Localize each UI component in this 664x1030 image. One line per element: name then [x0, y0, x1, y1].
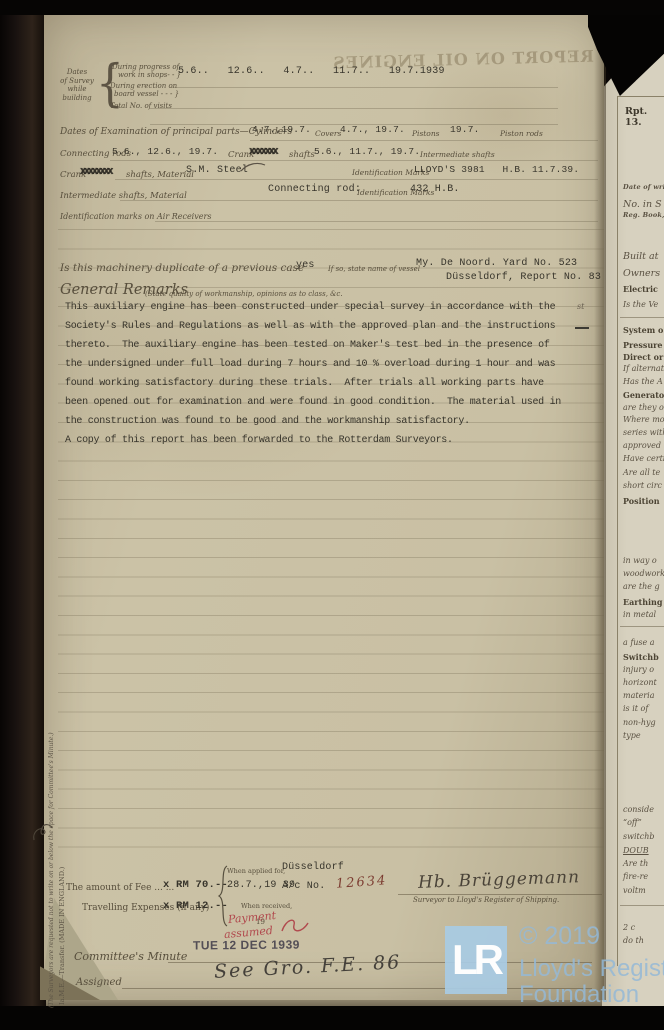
group-label-line: Dates — [67, 68, 87, 76]
watermark-name2: Foundation — [519, 981, 639, 1009]
right-page-box-left-rule — [617, 96, 618, 966]
connecting-rods-value: 5.6., 12.6., 19.7. — [112, 147, 218, 157]
right-page-field-fragment: injury o — [623, 665, 654, 674]
right-page-field-fragment: Are all te — [623, 468, 660, 477]
field-rule — [170, 87, 558, 88]
pen-flourish — [280, 915, 310, 937]
right-page-field-fragment: Built at — [623, 251, 659, 262]
date-stamp: TUE 12 DEC 1939 — [193, 938, 300, 953]
field-rule — [115, 179, 598, 180]
right-page-field-fragment: are they o — [623, 403, 664, 412]
right-page-field-fragment: fire-re — [623, 872, 648, 881]
right-page-field-fragment: Generato — [623, 390, 664, 400]
right-page-field-fragment: Reg. Book, — [623, 212, 664, 219]
right-page-field-fragment: System o — [623, 325, 663, 335]
watermark-name: Lloyd's Register — [519, 955, 664, 983]
remarks-line: found working satisfactory during these … — [65, 379, 544, 389]
right-page-field-fragment: DOUB — [623, 846, 649, 855]
exam-cylinders-value: 4.7.,19.7. — [252, 125, 311, 135]
right-page-field-fragment: voltm — [623, 886, 646, 895]
group-label-line: while — [67, 85, 86, 93]
duplicate-question: Is this machinery duplicate of a previou… — [60, 263, 304, 274]
vessel-line2: Düsseldorf, Report No. 83 — [446, 273, 601, 283]
crossed-out-word: XXXXXXX — [249, 148, 276, 157]
remarks-line: been opened out for examination and were… — [65, 398, 561, 408]
exam-covers-value: 4.7., 19.7. — [340, 125, 405, 135]
field-rule — [120, 200, 598, 201]
exam-covers-label: Covers — [315, 130, 341, 138]
id-marks2-value: 432 H.B. — [410, 185, 460, 195]
crossed-out-word: XXXXXXXX — [80, 168, 111, 177]
bottom-black-band — [0, 1006, 664, 1030]
field-rule — [155, 221, 598, 222]
connecting-rod-typed: Connecting rod: — [268, 185, 361, 195]
survey-row2-label-b: board vessel - - - } — [114, 91, 179, 98]
right-page-field-fragment: 2 c — [623, 923, 635, 932]
right-page-field-fragment: horizont — [623, 678, 657, 687]
right-page-field-fragment: woodwork — [623, 569, 664, 578]
right-page-field-fragment: short circ — [623, 481, 662, 490]
remarks-line: thereto. The auxiliary engine has been t… — [65, 341, 550, 351]
remarks-line: Society's Rules and Regulations as well … — [65, 322, 555, 332]
right-page-field-fragment: do th — [623, 936, 644, 945]
survey-row2-label-a: During erection on — [110, 83, 177, 90]
right-page-field-fragment: Where mo — [623, 415, 664, 424]
group-label-line: building — [62, 94, 91, 102]
field-rule — [110, 160, 598, 161]
applied-place-value: Düsseldorf — [282, 863, 344, 873]
right-page-field-fragment: Pressure — [623, 340, 662, 350]
right-page-field-fragment: Owners — [623, 268, 660, 279]
survey-row1-label-b: work in shops- - } — [118, 72, 181, 79]
signature-caption: Surveyor to Lloyd's Register of Shipping… — [413, 897, 559, 904]
exam-pistons-value: 19.7. — [450, 125, 480, 135]
right-page-field-fragment: Is the Ve — [623, 300, 658, 309]
pen-tick — [240, 161, 266, 173]
right-page-field-fragment: conside — [623, 805, 654, 814]
right-page-field-fragment: series with — [623, 428, 664, 437]
lr-logo: LR — [445, 926, 507, 994]
fee-amount-label: The amount of Fee ... ... — [66, 884, 174, 893]
lr-logo-letters: LR — [452, 936, 500, 984]
signature-rule — [398, 894, 602, 895]
material-value: S.M. Steel — [186, 166, 248, 176]
right-page-field-fragment: Switchb — [623, 652, 659, 662]
margin-note-printer: Ia.M.E.—Transfer. (MADE IN ENGLAND.) — [58, 820, 66, 1005]
field-rule — [150, 108, 558, 109]
survey-dates-value: 5.6.. 12.6.. 4.7.. 11.7.. 19.7.1939 — [178, 67, 445, 77]
account-number: 12634 — [336, 874, 388, 891]
right-page-field-fragment: are the g — [623, 582, 660, 591]
right-page-field-fragment: Position — [623, 496, 660, 506]
remarks-line: A copy of this report has been forwarded… — [65, 436, 453, 446]
margin-mark: st — [577, 303, 584, 311]
group-label-line: of Survey — [60, 77, 94, 85]
id-marks-value: LLOYD'S 3981 H.B. 11.7.39. — [414, 165, 579, 175]
right-page-field-fragment: is it of — [623, 704, 648, 713]
pencil-scribble — [30, 820, 56, 846]
right-page-field-fragment: in way o — [623, 556, 657, 565]
right-page-field-fragment: non-hyg — [623, 718, 656, 727]
vessel-line1: My. De Noord. Yard No. 523 — [416, 259, 577, 269]
account-label: A/c No. — [282, 882, 325, 892]
intermediate-shafts-label: Intermediate shafts — [420, 151, 495, 159]
survey-row1-label-a: During progress of — [112, 64, 179, 71]
book-binding — [0, 0, 46, 1030]
right-page-field-fragment: type — [623, 731, 641, 740]
crank-shafts-value: 5.6., 11.7., 19.7. — [314, 147, 420, 157]
margin-dash — [575, 327, 589, 329]
right-page-field-fragment: Are th — [623, 859, 648, 868]
shafts-label: shafts — [289, 151, 315, 160]
right-page-field-fragment: Date of writi — [623, 184, 664, 191]
right-page-field-fragment: No. in S — [623, 199, 662, 210]
right-page-field-fragment: materia — [623, 691, 654, 700]
watermark-year: © 2019 — [519, 922, 600, 951]
survey-dates-group-label: Dates of Survey while building — [54, 68, 100, 102]
right-page-field-fragment: switchb — [623, 832, 654, 841]
right-page-field-fragment: Direct or — [623, 352, 663, 362]
exam-piston-rods-label: Piston rods — [500, 130, 543, 138]
right-page-field-fragment: a fuse a — [623, 638, 655, 647]
when-received-label: When received, — [241, 903, 292, 910]
exam-pistons-label: Pistons — [412, 130, 440, 138]
right-page-field-fragment: Has the A — [623, 377, 663, 386]
right-page-field-fragment: in metal — [623, 610, 656, 619]
assigned-label: Assigned — [76, 978, 122, 988]
right-page-field-fragment: If alternat — [623, 364, 664, 373]
if-so-note: If so, state name of vessel — [328, 266, 420, 273]
remarks-line: the construction was found to be good an… — [65, 417, 470, 427]
top-black-band — [0, 0, 664, 15]
when-applied-label: When applied for, — [227, 868, 285, 875]
field-rule — [250, 140, 598, 141]
right-page-column: Date of writiNo. in SReg. Book,Built atO… — [623, 0, 664, 1030]
general-remarks-note: (State quality of workmanship, opinions … — [145, 291, 343, 298]
duplicate-answer: yes — [296, 261, 315, 271]
right-page-field-fragment: “off” — [623, 818, 642, 827]
remarks-line: the undersigned under full load during 7… — [65, 360, 555, 370]
committee-minute-label: Committee's Minute — [74, 951, 187, 962]
remarks-line: This auxiliary engine has been construct… — [65, 303, 555, 313]
right-page-field-fragment: approved — [623, 441, 661, 450]
right-page-field-fragment: Have certi — [623, 454, 664, 463]
air-receivers-label: Identification marks on Air Receivers — [60, 213, 211, 221]
right-page-field-fragment: Electric — [623, 284, 658, 294]
right-page-field-fragment: Earthing — [623, 597, 662, 607]
